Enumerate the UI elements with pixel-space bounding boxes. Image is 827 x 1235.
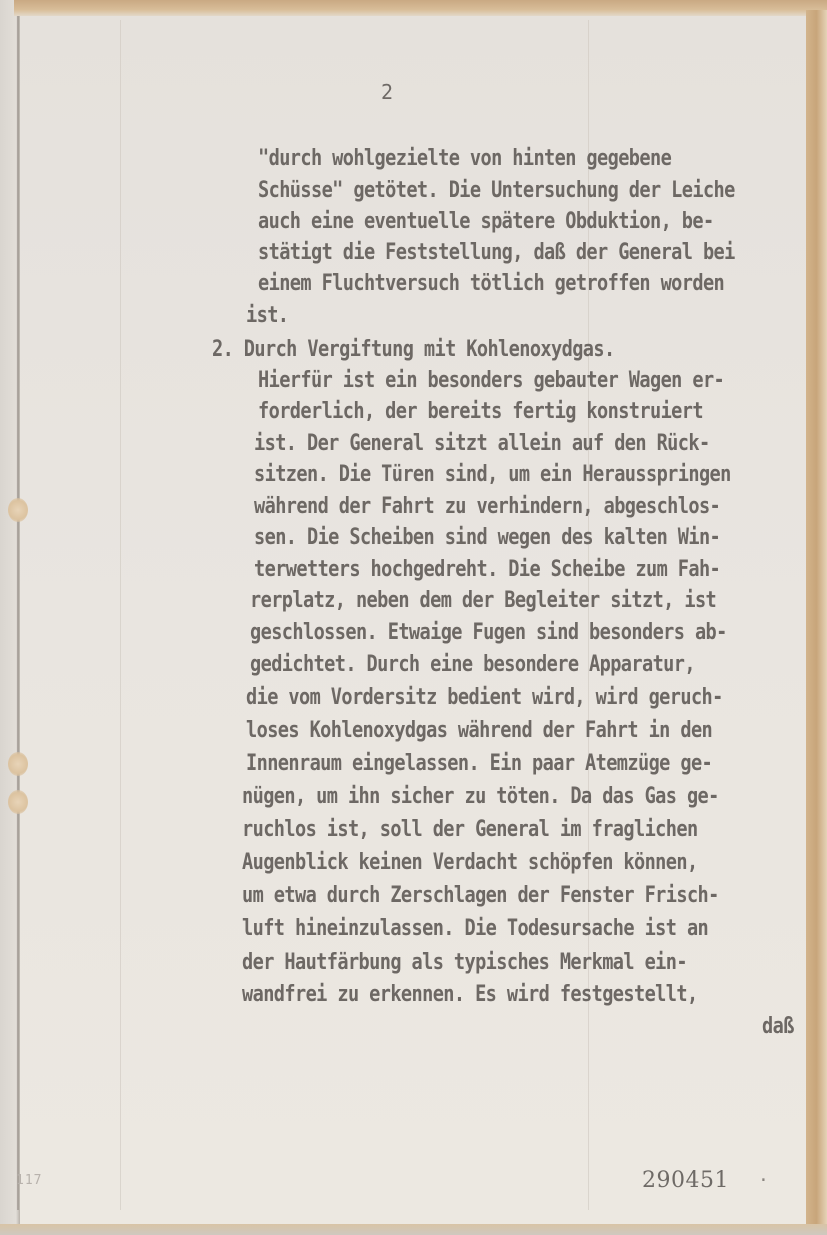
text-line: wandfrei zu erkennen. Es wird festgestel… [242,982,698,1008]
text-line: terwetters hochgedreht. Die Scheibe zum … [254,557,720,583]
text-line: ruchlos ist, soll der General im fraglic… [242,817,698,843]
text-line: um etwa durch Zerschlagen der Fenster Fr… [242,883,719,909]
margin-pencil-mark: 117 [16,1173,42,1188]
text-line: loses Kohlenoxydgas während der Fahrt in… [246,718,712,744]
typewritten-body: "durch wohlgezielte von hinten gegebeneS… [0,0,827,1235]
text-line: 2. Durch Vergiftung mit Kohlenoxydgas. [212,337,615,363]
text-line: Hierfür ist ein besonders gebauter Wagen… [258,368,724,394]
text-line: der Hautfärbung als typisches Merkmal ei… [242,950,687,976]
text-line: gedichtet. Durch eine besondere Apparatu… [250,652,695,678]
text-line: luft hineinzulassen. Die Todesursache is… [242,916,708,942]
text-line: forderlich, der bereits fertig konstruie… [258,399,703,425]
text-line: sitzen. Die Türen sind, um ein Herausspr… [254,462,731,488]
text-line: einem Fluchtversuch tötlich getroffen wo… [258,271,724,297]
stamp-dot: · [758,1170,769,1191]
text-line: Innenraum eingelassen. Ein paar Atemzüge… [246,751,712,777]
text-line: geschlossen. Etwaige Fugen sind besonder… [250,620,727,646]
text-line: auch eine eventuelle spätere Obduktion, … [258,209,714,235]
text-line: "durch wohlgezielte von hinten gegebene [258,146,671,172]
text-line: stätigt die Feststellung, daß der Genera… [258,240,735,266]
text-line: sen. Die Scheiben sind wegen des kalten … [254,525,720,551]
text-line: rerplatz, neben dem der Begleiter sitzt,… [250,588,716,614]
text-line: Augenblick keinen Verdacht schöpfen könn… [242,850,698,876]
text-line: ist. Der General sitzt allein auf den Rü… [254,431,710,457]
text-line: daß [762,1014,794,1040]
text-line: die vom Vordersitz bedient wird, wird ge… [246,685,723,711]
archive-stamp-number: 290451 [642,1168,729,1193]
text-line: während der Fahrt zu verhindern, abgesch… [254,494,720,520]
text-line: ist. [246,303,288,329]
text-line: nügen, um ihn sicher zu töten. Da das Ga… [242,784,719,810]
text-line: Schüsse" getötet. Die Untersuchung der L… [258,178,735,204]
